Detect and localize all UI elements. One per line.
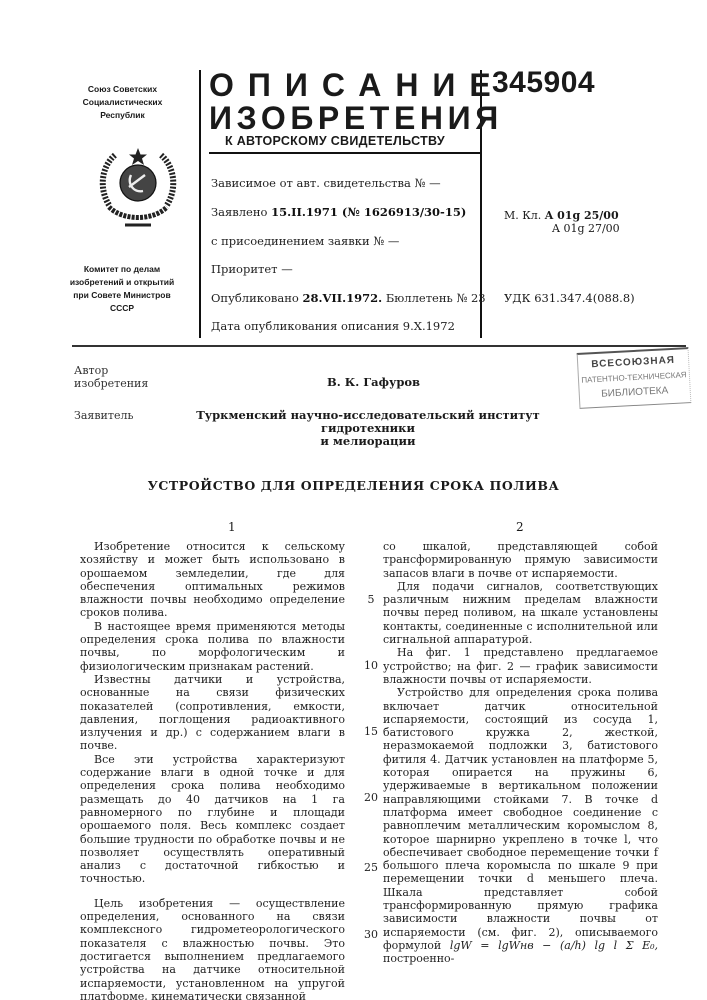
filed-value: 15.II.1971 (№ 1626913/30-15) [271,205,466,219]
paragraph: Для подачи сигналов, соответствующих раз… [383,580,658,646]
doc-subheading: К АВТОРСКОМУ СВИДЕТЕЛЬСТВУ [225,134,445,148]
line-number: 15 [361,725,381,738]
paragraph: со шкалой, представляющей собой трансфор… [383,540,658,580]
classification: М. Кл. A 01g 25/00 A 01g 27/00 [504,209,620,235]
filed-label: Заявлено [211,205,267,219]
formula: lgW = lgWнв − (a/h) lg l Σ E₀, [450,939,658,952]
org-line: Республик [70,109,175,122]
udk-code: УДК 631.347.4(088.8) [504,291,635,305]
org-line: при Совете Министров [68,289,176,302]
doc-heading-line2: ИЗОБРЕТЕНИЯ [209,100,484,136]
published-label: Опубликовано [211,291,299,305]
paragraph: В настоящее время применяются методы опр… [80,620,345,673]
class-secondary: A 01g 27/00 [504,222,620,235]
author-label: Автор изобретения [74,364,148,390]
org-line: Социалистических [70,96,175,109]
priority: Приоритет — [211,262,293,276]
divider [72,345,686,347]
class-label: М. Кл. [504,209,541,222]
org-line: СССР [68,302,176,315]
ussr-state-emblem-icon [95,145,181,231]
org-line: изобретений и открытий [68,276,176,289]
paragraph: Все эти устройства характеризуют содержа… [80,753,345,886]
column-number: 1 [228,520,236,534]
description-date: Дата опубликования описания 9.X.1972 [211,319,455,333]
line-number: 10 [361,659,381,672]
divider [199,70,201,338]
text-column-1: Изобретение относится к сельскому хозяйс… [80,540,345,1000]
paragraph: Известны датчики и устройства, основанны… [80,673,345,753]
divider [209,152,481,154]
paragraph: Изобретение относится к сельскому хозяйс… [80,540,345,620]
paragraph: Цель изобретения — осуществление определ… [80,897,345,1000]
published: Опубликовано 28.VII.1972. Бюллетень № 23 [211,291,486,305]
applicant-label: Заявитель [74,409,133,422]
patent-number: 345904 [492,66,595,100]
line-number: 30 [361,928,381,941]
applicant-name: Туркменский научно-исследовательский инс… [158,409,578,448]
published-value: 28.VII.1972. [302,291,382,305]
column-number: 2 [516,520,524,534]
paragraph-text: Устройство для определения срока полива … [383,686,658,952]
filed-date: Заявлено 15.II.1971 (№ 1626913/30-15) [211,205,466,219]
author-label-line: Автор [74,364,148,377]
bulletin: Бюллетень № 23 [386,291,486,305]
paragraph: На фиг. 1 представлено предлагаемое устр… [383,646,658,686]
org-line: Комитет по делам [68,263,176,276]
joined-application: с присоединением заявки № — [211,234,399,248]
applicant-line: Туркменский научно-исследовательский инс… [158,409,578,435]
library-stamp: ВСЕСОЮЗНАЯ ПАТЕНТНО-ТЕХНИЧЕСКАЯ БИБЛИОТЕ… [577,347,692,409]
dependent-certificate: Зависимое от авт. свидетельства № — [211,176,441,190]
line-number: 25 [361,861,381,874]
doc-heading-line1: ОПИСАНИЕ [209,67,481,103]
line-number: 20 [361,791,381,804]
invention-title: УСТРОЙСТВО ДЛЯ ОПРЕДЕЛЕНИЯ СРОКА ПОЛИВА [0,478,707,493]
line-number: 5 [361,593,381,606]
org-line: Союз Советских [70,83,175,96]
applicant-line: и мелиорации [158,435,578,448]
author-name: В. К. Гафуров [327,375,420,389]
class-primary: A 01g 25/00 [545,209,619,222]
issuing-state: Союз Советских Социалистических Республи… [70,83,175,122]
issuing-committee: Комитет по делам изобретений и открытий … [68,263,176,315]
author-label-line: изобретения [74,377,148,390]
paragraph-tail: построенно- [383,952,454,965]
paragraph: Устройство для определения срока полива … [383,686,658,965]
text-column-2: со шкалой, представляющей собой трансфор… [383,540,658,966]
